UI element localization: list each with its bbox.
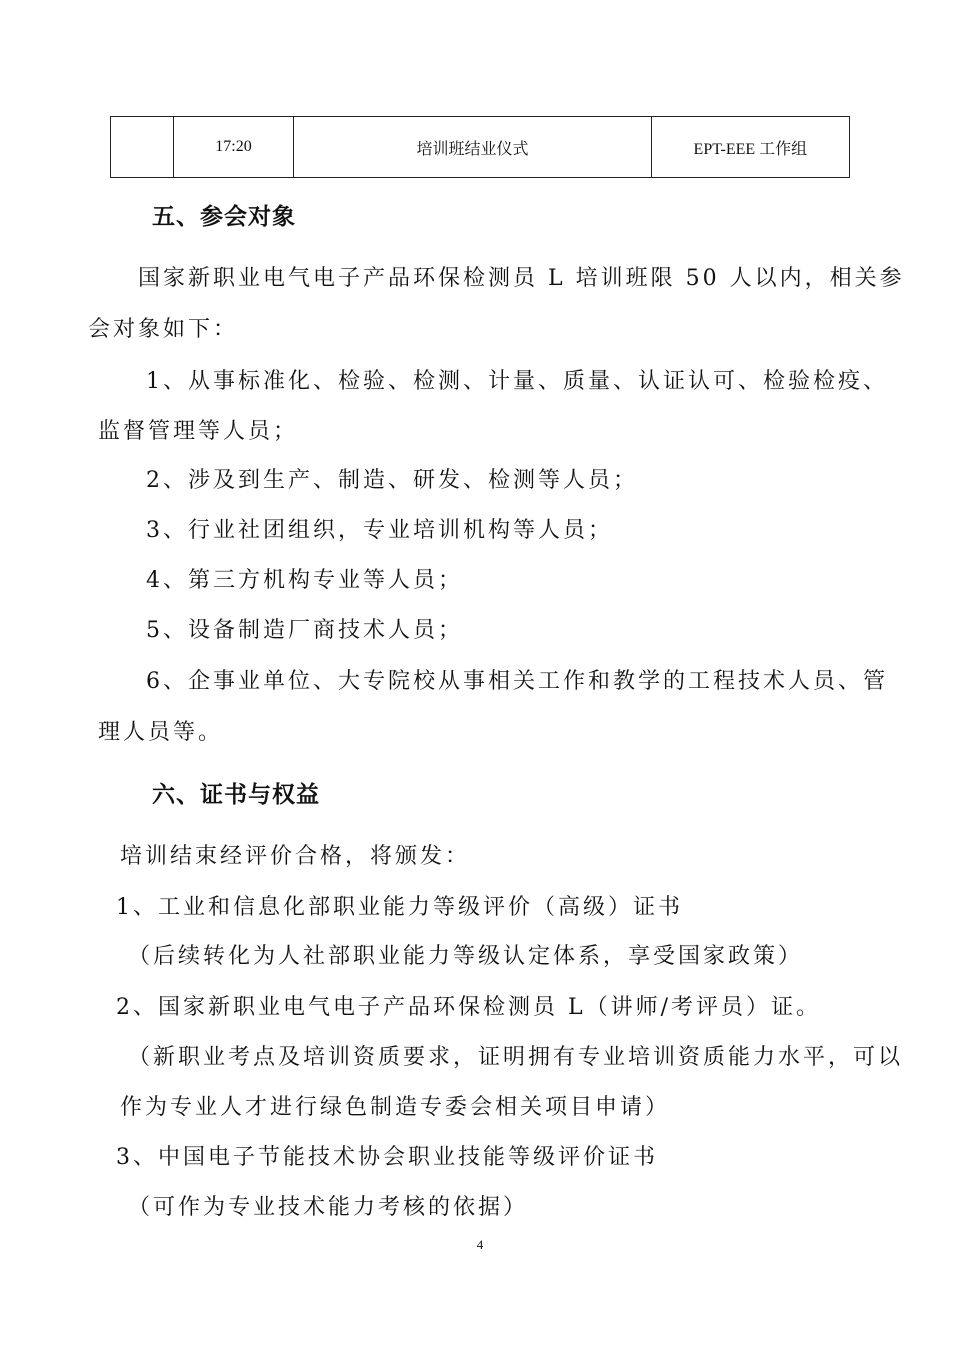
list-item-note: 作为专业人才进行绿色制造专委会相关项目申请） [120, 1093, 670, 1123]
paragraph-line: 国家新职业电气电子产品环保检测员 L 培训班限 50 人以内，相关参 [138, 264, 905, 294]
list-item-note: （后续转化为人社部职业能力等级认定体系，享受国家政策） [128, 942, 803, 972]
list-item: 4、第三方机构专业等人员； [146, 566, 463, 596]
list-item: 2、涉及到生产、制造、研发、检测等人员； [146, 466, 638, 496]
paragraph-line: 会对象如下： [88, 315, 238, 345]
table-cell-activity: 培训班结业仪式 [294, 117, 651, 178]
list-item: 5、设备制造厂商技术人员； [146, 616, 463, 646]
schedule-table: 17:20 培训班结业仪式 EPT-EEE 工作组 [110, 116, 850, 178]
section-heading-attendees: 五、参会对象 [152, 202, 296, 232]
list-item: 3、中国电子节能技术协会职业技能等级评价证书 [116, 1143, 658, 1173]
list-item: 2、国家新职业电气电子产品环保检测员 L（讲师/考评员）证。 [116, 993, 821, 1023]
list-item-continuation: 监督管理等人员； [98, 417, 298, 447]
table-row: 17:20 培训班结业仪式 EPT-EEE 工作组 [111, 117, 850, 178]
list-item-note: （新职业考点及培训资质要求，证明拥有专业培训资质能力水平，可以 [128, 1043, 903, 1073]
page-number: 4 [0, 1237, 960, 1253]
section-heading-certificates: 六、证书与权益 [152, 780, 320, 810]
list-item: 6、企事业单位、大专院校从事相关工作和教学的工程技术人员、管 [146, 667, 888, 697]
table-cell-index [111, 117, 174, 178]
paragraph-line: 培训结束经评价合格，将颁发： [120, 842, 470, 872]
list-item: 1、工业和信息化部职业能力等级评价（高级）证书 [116, 893, 683, 923]
list-item-continuation: 理人员等。 [98, 718, 223, 748]
list-item: 3、行业社团组织，专业培训机构等人员； [146, 516, 613, 546]
table-cell-time: 17:20 [173, 117, 294, 178]
list-item-note: （可作为专业技术能力考核的依据） [128, 1193, 528, 1223]
table-cell-organizer: EPT-EEE 工作组 [651, 117, 849, 178]
list-item: 1、从事标准化、检验、检测、计量、质量、认证认可、检验检疫、 [146, 367, 888, 397]
